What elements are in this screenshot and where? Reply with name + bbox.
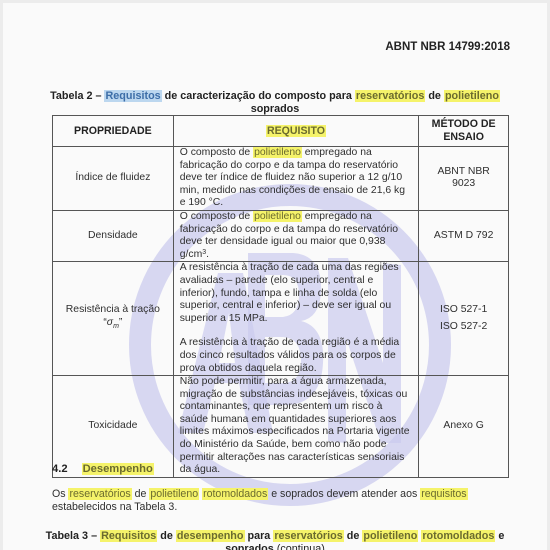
highlighted-term[interactable]: polietileno [362,530,418,542]
title-text: Tabela 3 – [46,530,100,542]
highlighted-term-selected[interactable]: Requisitos [104,90,161,102]
table2: PROPRIEDADE REQUISITO MÉTODO DE ENSAIO Í… [52,115,509,478]
highlighted-term[interactable]: rotomoldados [202,488,268,500]
table-row: Densidade O composto de polietileno empr… [53,210,509,261]
highlighted-term[interactable]: desempenho [176,530,245,542]
highlighted-term[interactable]: polietileno [149,488,199,500]
paragraph-text: e soprados devem atender aos [268,488,420,500]
cell-propriedade: Resistência à tração “σm” [53,262,174,376]
cell-requisito: O composto de polietileno empregado na f… [173,147,419,211]
highlighted-term[interactable]: REQUISITO [266,125,326,137]
paragraph-text: estabelecidos na Tabela 3. [52,501,177,513]
document-code: ABNT NBR 14799:2018 [385,41,510,53]
highlighted-term[interactable]: polietileno [444,90,500,102]
continua-label: (continua) [277,543,325,550]
cell-text: ISO 527-2 [440,321,487,334]
header-requisito: REQUISITO [173,116,419,147]
quote-mark: ” [119,317,122,328]
section-paragraph: Os reservatórios de polietileno rotomold… [52,488,522,514]
section-heading: 4.2Desempenho [52,463,154,475]
cell-text: A resistência à tração de cada uma das r… [180,262,399,323]
cell-requisito: A resistência à tração de cada uma das r… [173,262,419,376]
highlighted-term[interactable]: Desempenho [82,463,154,475]
table-header-row: PROPRIEDADE REQUISITO MÉTODO DE ENSAIO [53,116,509,147]
document-page: ABNT NBR 14799:2018 Tabela 2 – Requisito… [3,3,547,550]
highlighted-term[interactable]: reservatórios [273,530,343,542]
table3-title: Tabela 3 – Requisitos de desempenho para… [43,530,507,550]
highlighted-term[interactable]: reservatórios [68,488,131,500]
table-row: Resistência à tração “σm” A resistência … [53,262,509,376]
cell-metodo: Anexo G [419,376,509,478]
cell-text: ISO 527-1 [440,304,487,315]
cell-text: A resistência à tração de cada região é … [180,337,400,373]
title-text: soprados [251,103,300,115]
highlighted-term[interactable]: polietileno [253,147,302,158]
highlighted-term[interactable]: requisitos [420,488,467,500]
title-text: de caracterização do composto para [162,90,355,102]
header-metodo: MÉTODO DE ENSAIO [419,116,509,147]
cell-propriedade: Densidade [53,210,174,261]
cell-text: O composto de [180,211,253,222]
cell-text: Resistência à tração [66,304,160,315]
highlighted-term[interactable]: reservatórios [355,90,425,102]
section-number: 4.2 [52,463,68,475]
cell-text: . [206,249,209,260]
highlighted-term[interactable]: polietileno [253,211,302,222]
table2-title: Tabela 2 – Requisitos de caracterização … [43,90,507,116]
title-text: de [344,530,363,542]
cell-propriedade: Índice de fluidez [53,147,174,211]
table-row: Índice de fluidez O composto de polietil… [53,147,509,211]
highlighted-term[interactable]: Requisitos [100,530,157,542]
title-text: Tabela 2 – [50,90,104,102]
title-text: de [425,90,444,102]
cell-metodo: ISO 527-1 ISO 527-2 [419,262,509,376]
title-text: para [245,530,274,542]
cell-metodo: ABNT NBR 9023 [419,147,509,211]
header-propriedade: PROPRIEDADE [53,116,174,147]
paragraph-text: de [132,488,150,500]
cell-requisito: Não pode permitir, para a água armazenad… [173,376,419,478]
cell-requisito: O composto de polietileno empregado na f… [173,210,419,261]
title-text: de [157,530,176,542]
cell-text: O composto de [180,147,253,158]
paragraph-text: Os [52,488,68,500]
cell-metodo: ASTM D 792 [419,210,509,261]
highlighted-term[interactable]: rotomoldados [421,530,495,542]
